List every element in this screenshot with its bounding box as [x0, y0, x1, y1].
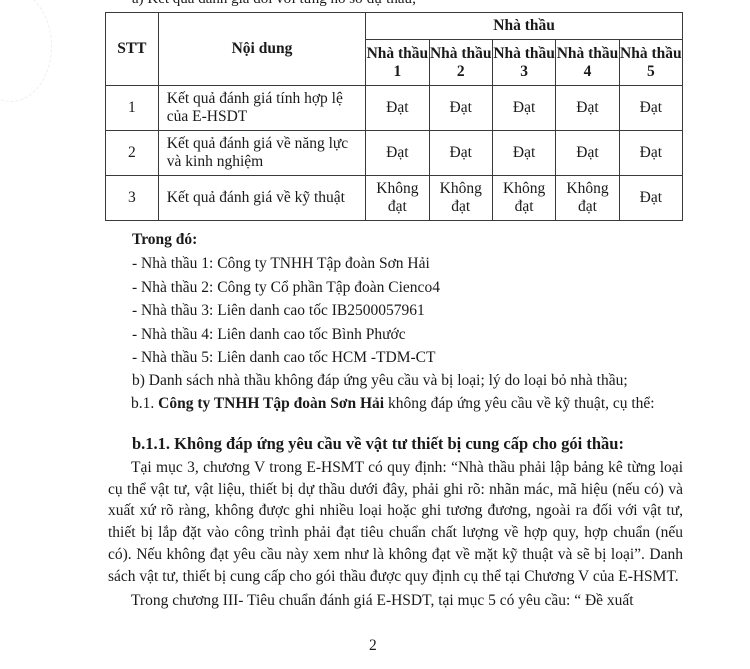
row-result: Đạt [429, 86, 492, 131]
row-result: Không đạt [492, 176, 555, 221]
row-result: Không đạt [366, 176, 429, 221]
table-row: 2 Kết quả đánh giá về năng lực và kinh n… [106, 131, 683, 176]
row-content: Kết quả đánh giá tính hợp lệ của E-HSDT [158, 86, 365, 131]
row-result: Đạt [619, 86, 682, 131]
b1-company: Công ty TNHH Tập đoàn Sơn Hải [158, 395, 384, 412]
legend-item: - Nhà thầu 3: Liên danh cao tốc IB250005… [132, 302, 425, 320]
header-bidder-3: Nhà thầu 3 [492, 40, 555, 86]
paragraph-2: Trong chương III- Tiêu chuẩn đánh giá E-… [108, 590, 683, 612]
header-stt: STT [106, 13, 159, 86]
row-result: Đạt [556, 86, 619, 131]
header-bidder-2: Nhà thầu 2 [429, 40, 492, 86]
table-row: 3 Kết quả đánh giá về kỹ thuật Không đạt… [106, 176, 683, 221]
header-nha-thau-group: Nhà thầu [366, 13, 683, 40]
row-result: Đạt [492, 86, 555, 131]
header-bidder-1: Nhà thầu 1 [366, 40, 429, 86]
row-result: Đạt [429, 131, 492, 176]
stamp-watermark [0, 0, 52, 102]
b1-prefix: b.1. [131, 395, 158, 412]
row-result: Đạt [366, 86, 429, 131]
legend-item: - Nhà thầu 1: Công ty TNHH Tập đoàn Sơn … [132, 255, 430, 273]
section-b-title: b) Danh sách nhà thầu không đáp ứng yêu … [132, 372, 628, 390]
row-content: Kết quả đánh giá về năng lực và kinh ngh… [158, 131, 365, 176]
legend-item: - Nhà thầu 2: Công ty Cổ phần Tập đoàn C… [132, 279, 440, 297]
page-number: 2 [369, 637, 377, 655]
row-stt: 2 [106, 131, 159, 176]
row-result: Đạt [366, 131, 429, 176]
header-noi-dung: Nội dung [158, 13, 365, 86]
table-row: 1 Kết quả đánh giá tính hợp lệ của E-HSD… [106, 86, 683, 131]
header-bidder-5: Nhà thầu 5 [619, 40, 682, 86]
legend-title: Trong đó: [132, 231, 197, 249]
legend-item: - Nhà thầu 4: Liên danh cao tốc Bình Phư… [132, 326, 406, 344]
row-stt: 1 [106, 86, 159, 131]
row-content: Kết quả đánh giá về kỹ thuật [158, 176, 365, 221]
legend-item: - Nhà thầu 5: Liên danh cao tốc HCM -TDM… [132, 349, 435, 367]
header-bidder-4: Nhà thầu 4 [556, 40, 619, 86]
row-result: Đạt [556, 131, 619, 176]
row-result: Đạt [619, 131, 682, 176]
paragraph-1: Tại mục 3, chương V trong E-HSMT có quy … [108, 457, 683, 587]
row-result: Không đạt [429, 176, 492, 221]
section-a-title: a) Kết quả đánh giá đối với từng hồ sơ d… [132, 0, 416, 8]
b1-suffix: không đáp ứng yêu cầu về kỹ thuật, cụ th… [384, 395, 655, 412]
row-result: Đạt [492, 131, 555, 176]
row-result: Không đạt [556, 176, 619, 221]
row-result: Đạt [619, 176, 682, 221]
evaluation-table: STT Nội dung Nhà thầu Nhà thầu 1 Nhà thầ… [105, 12, 683, 221]
b11-title: b.1.1. Không đáp ứng yêu cầu về vật tư t… [132, 434, 624, 454]
b1-paragraph: b.1. Công ty TNHH Tập đoàn Sơn Hải không… [108, 393, 683, 415]
row-stt: 3 [106, 176, 159, 221]
